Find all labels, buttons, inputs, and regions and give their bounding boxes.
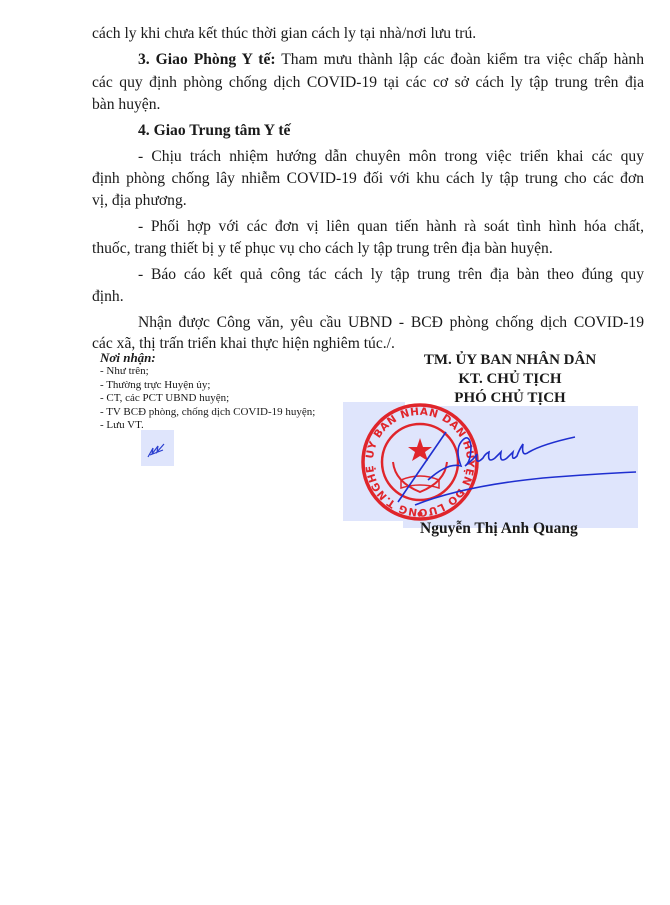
paragraph-line: vị, địa phương. [92,191,644,211]
signature-line-2: KT. CHỦ TỊCH [400,370,620,389]
recipients-block: Nơi nhận: - Như trên; - Thường trực Huyệ… [100,351,315,433]
signer-name: Nguyễn Thị Anh Quang [420,520,578,538]
section-3-heading-line: 3. Giao Phòng Y tế: Tham mưu thành lập c… [92,50,644,70]
recipient-item: - Như trên; [100,365,315,379]
paragraph-line: - Báo cáo kết quả công tác cách ly tập t… [92,265,644,285]
signature-title-block: TM. ỦY BAN NHÂN DÂN KT. CHỦ TỊCH PHÓ CHỦ… [400,351,620,408]
paragraph-line: Nhận được Công văn, yêu cầu UBND - BCĐ p… [92,313,644,333]
official-seal-icon: ỦY BAN NHÂN DÂN HUYỆN ĐÔ LƯƠNG T.NGHỆ AN [343,402,477,519]
paragraph-line: thuốc, trang thiết bị y tế phục vụ cho c… [92,239,644,259]
paragraph-line: định phòng chống lây nhiễm COVID-19 đối … [92,169,644,189]
recipient-item: - Thường trực Huyện ủy; [100,379,315,393]
recipient-item: - CT, các PCT UBND huyện; [100,392,315,406]
seal-and-signature: ỦY BAN NHÂN DÂN HUYỆN ĐÔ LƯƠNG T.NGHỆ AN [343,402,643,532]
paragraph-line: - Phối hợp với các đơn vị liên quan tiến… [92,217,644,237]
paragraph-line: các quy định phòng chống dịch COVID-19 t… [92,73,644,93]
initial-signature-box [141,430,174,466]
section-3-text: Tham mưu thành lập các đoàn kiểm tra việ… [276,51,644,68]
paragraph-line: - Chịu trách nhiệm hướng dẫn chuyên môn … [92,147,644,167]
section-4-title: 4. Giao Trung tâm Y tế [138,121,670,141]
recipient-item: - Lưu VT. [100,419,315,433]
handwritten-signature-icon [398,432,636,505]
paragraph-line: bàn huyện. [92,95,644,115]
paragraph-line: cách ly khi chưa kết thúc thời gian cách… [92,24,644,44]
recipients-title: Nơi nhận: [100,351,315,365]
section-4-title-text: 4. Giao Trung tâm Y tế [138,122,290,139]
initial-signature-icon [141,430,174,466]
section-3-title: 3. Giao Phòng Y tế: [138,51,276,68]
recipient-item: - TV BCĐ phòng, chống dịch COVID-19 huyệ… [100,406,315,420]
signature-line-1: TM. ỦY BAN NHÂN DÂN [400,351,620,370]
paragraph-line: định. [92,287,644,307]
